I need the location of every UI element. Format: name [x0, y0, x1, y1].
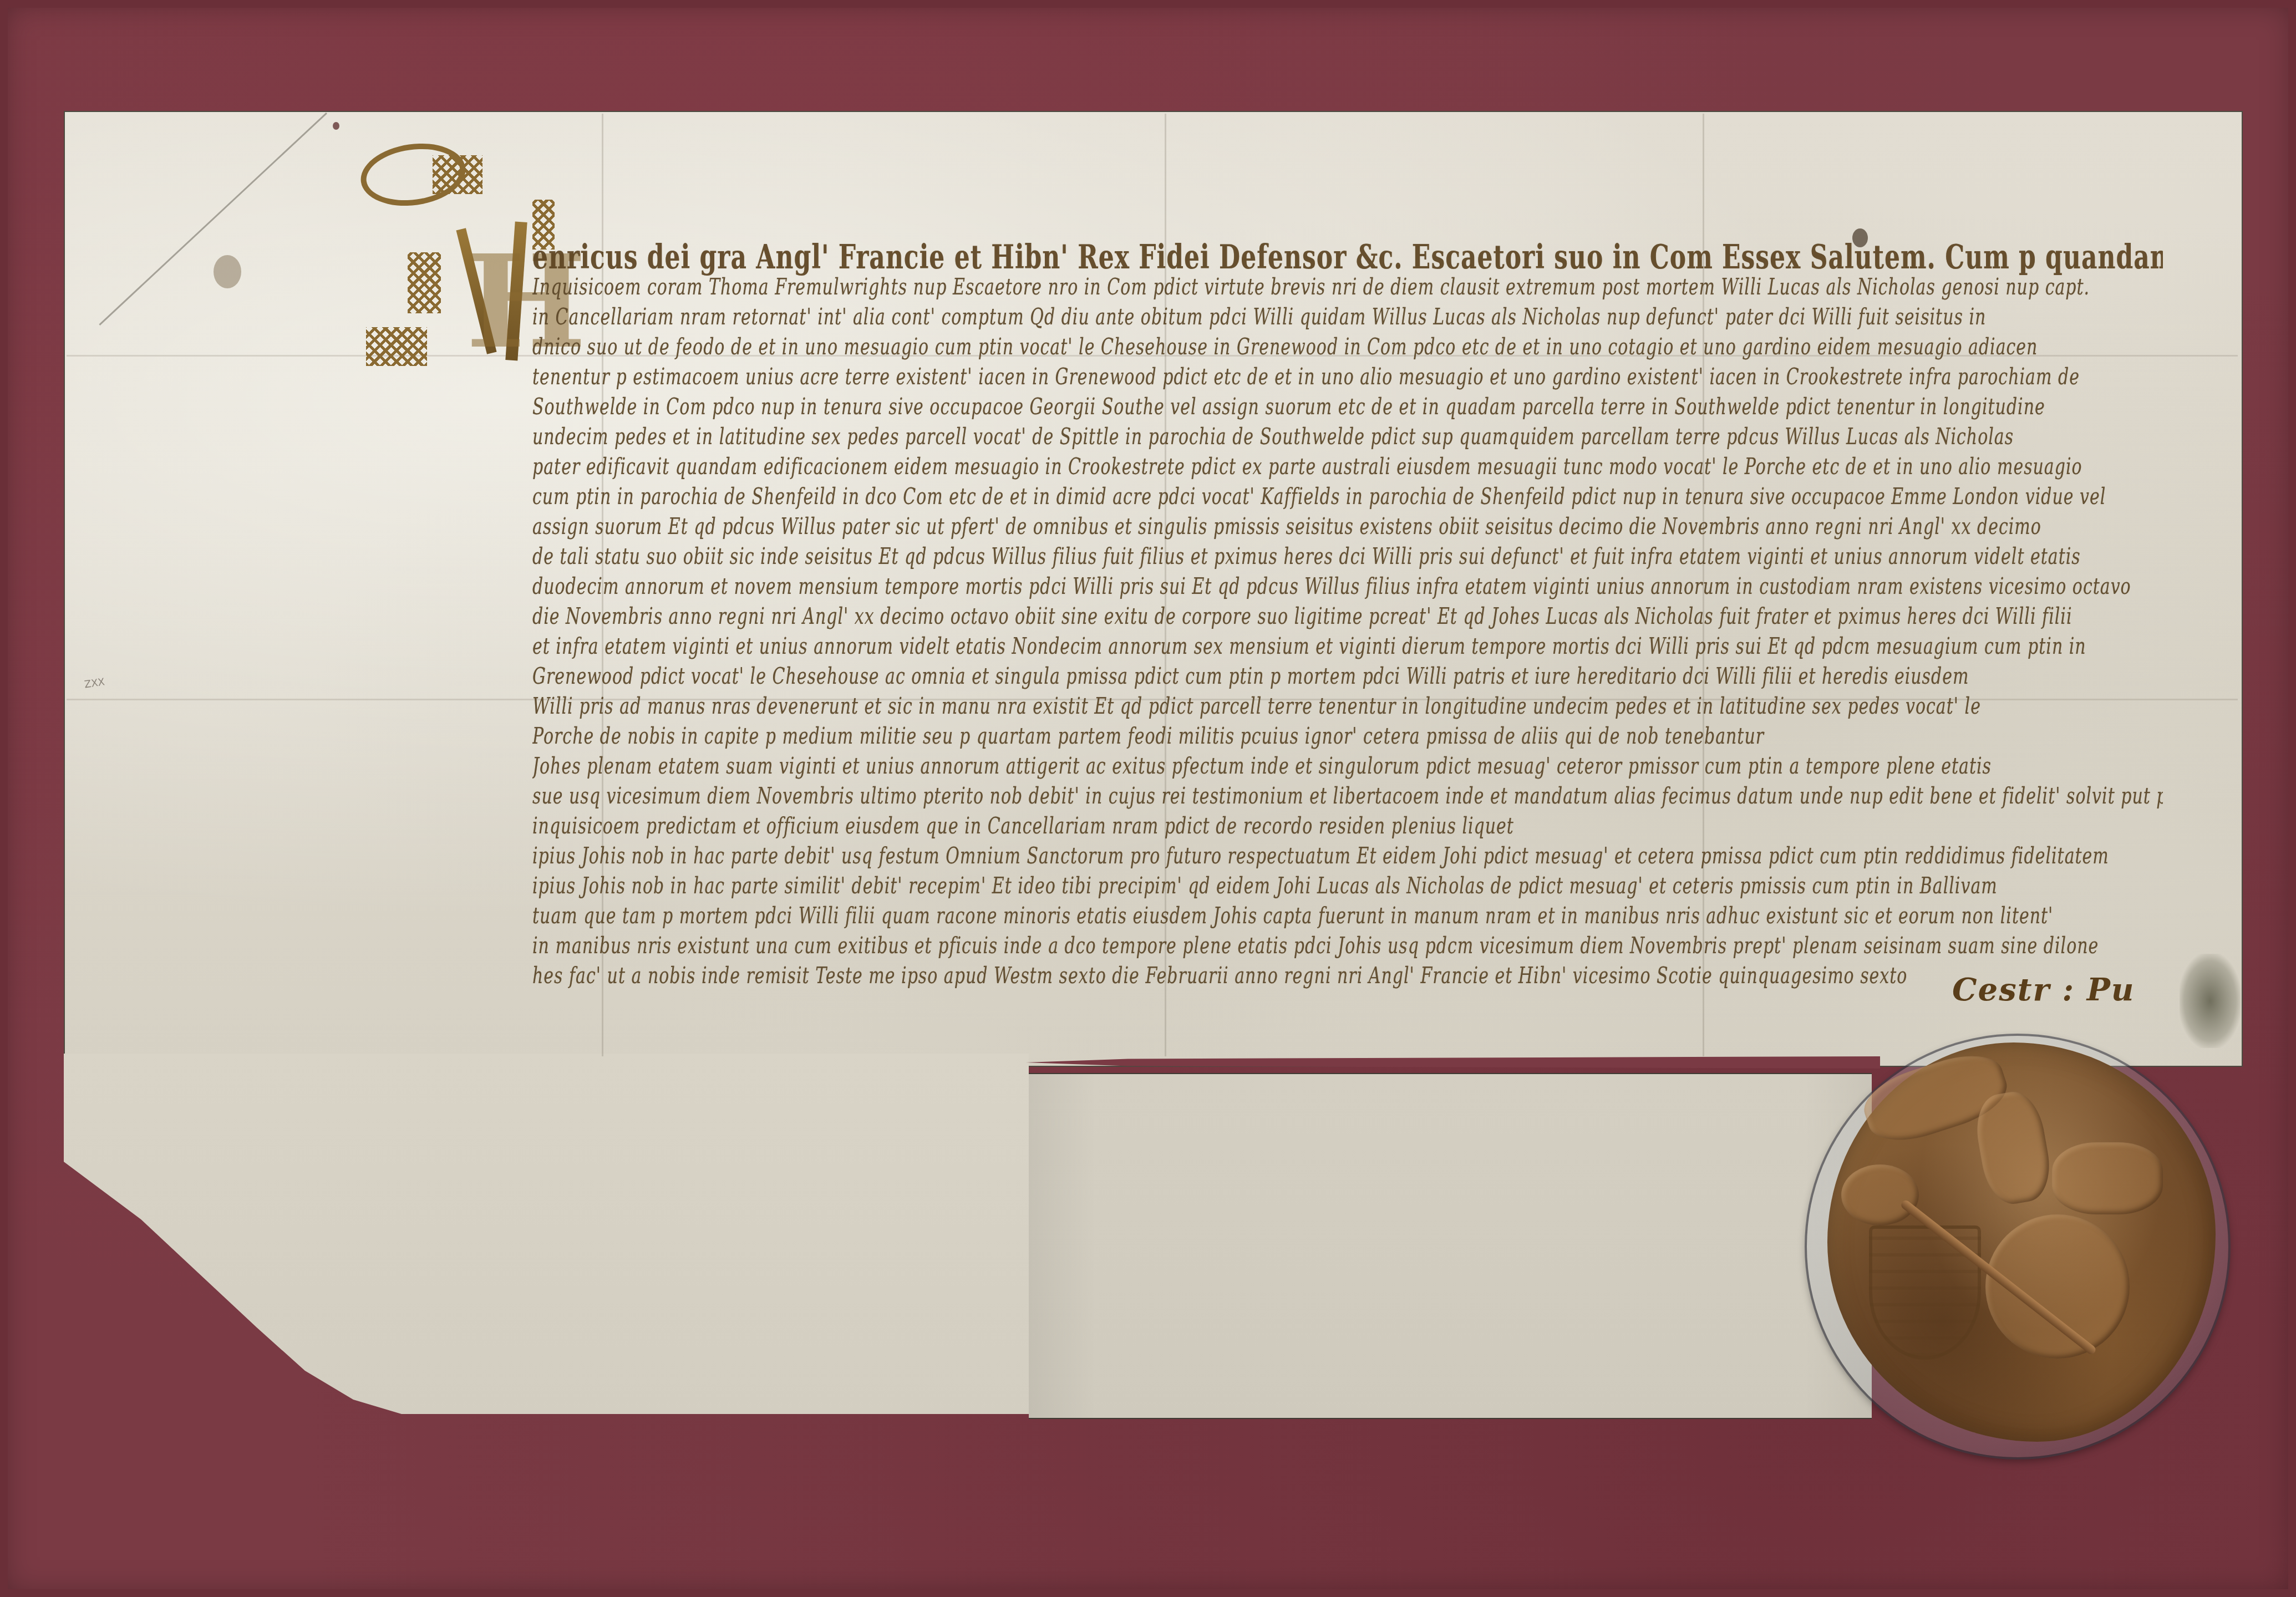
seal-tongue-strip	[1029, 1073, 1872, 1419]
seal-relief-crown	[1841, 1164, 1919, 1225]
seal-relief-arm	[2052, 1142, 2163, 1214]
damp-stain	[2180, 954, 2241, 1048]
initial-lattice-crown	[433, 155, 482, 194]
initial-lattice-base	[366, 327, 427, 366]
initial-lattice	[408, 252, 441, 313]
pin-hole	[333, 122, 339, 130]
text-line: hes fac' ut a nobis inde remisit Teste m…	[532, 957, 2163, 997]
ink-stain	[214, 255, 241, 288]
writ-text-block: enricus dei gra Angl' Francie et Hibn' R…	[532, 243, 2163, 991]
clerk-signature: Cestr : Pu	[1952, 972, 2135, 1008]
